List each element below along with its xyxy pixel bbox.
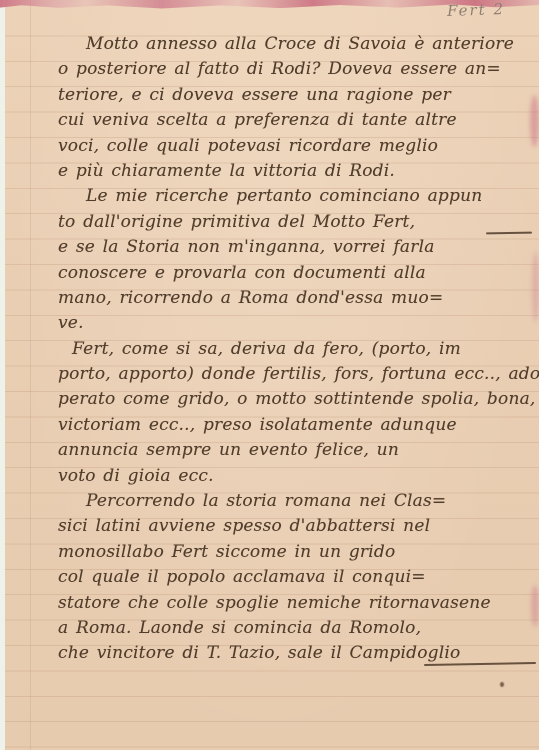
manuscript-line: e se la Storia non m'inganna, vorrei far… <box>58 235 536 260</box>
manuscript-line: col quale il popolo acclamava il conqui= <box>58 565 536 590</box>
manuscript-line: Motto annesso alla Croce di Savoia è ant… <box>58 32 536 57</box>
manuscript-text: Motto annesso alla Croce di Savoia è ant… <box>58 32 536 667</box>
manuscript-line: Percorrendo la storia romana nei Clas= <box>58 489 536 514</box>
manuscript-line: to dall'origine primitiva del Motto Fert… <box>58 210 536 235</box>
manuscript-line: mano, ricorrendo a Roma dond'essa muo= <box>58 286 536 311</box>
manuscript-line: sici latini avviene spesso d'abbattersi … <box>58 514 536 539</box>
manuscript-line: Le mie ricerche pertanto cominciano appu… <box>58 184 536 209</box>
manuscript-line: statore che colle spoglie nemiche ritorn… <box>58 591 536 616</box>
ink-underline <box>486 231 532 233</box>
manuscript-page: Fert 2 Motto annesso alla Croce di Savoi… <box>0 0 539 750</box>
manuscript-line: perato come grido, o motto sottintende s… <box>58 387 536 412</box>
manuscript-line: monosillabo Fert siccome in un grido <box>58 540 536 565</box>
manuscript-line: victoriam ecc.., preso isolatamente adun… <box>58 413 536 438</box>
ink-underline <box>424 662 536 666</box>
manuscript-line: e più chiaramente la vittoria di Rodi. <box>58 159 536 184</box>
manuscript-line: teriore, e ci doveva essere una ragione … <box>58 83 536 108</box>
manuscript-line: o posteriore al fatto di Rodi? Doveva es… <box>58 57 536 82</box>
manuscript-line: ve. <box>58 311 536 336</box>
manuscript-line: che vincitore di T. Tazio, sale il Campi… <box>58 641 536 666</box>
manuscript-line: Fert, come si sa, deriva da fero, (porto… <box>58 337 536 362</box>
manuscript-line: conoscere e provarla con documenti alla <box>58 261 536 286</box>
manuscript-line: porto, apporto) donde fertilis, fors, fo… <box>58 362 536 387</box>
pencil-annotation: Fert 2 <box>447 0 506 20</box>
manuscript-line: annuncia sempre un evento felice, un <box>58 438 536 463</box>
ink-speck <box>500 682 504 687</box>
manuscript-line: cui veniva scelta a preferenza di tante … <box>58 108 536 133</box>
manuscript-line: voto di gioia ecc. <box>58 464 536 489</box>
manuscript-line: a Roma. Laonde si comincia da Romolo, <box>58 616 536 641</box>
manuscript-line: voci, colle quali potevasi ricordare meg… <box>58 134 536 159</box>
